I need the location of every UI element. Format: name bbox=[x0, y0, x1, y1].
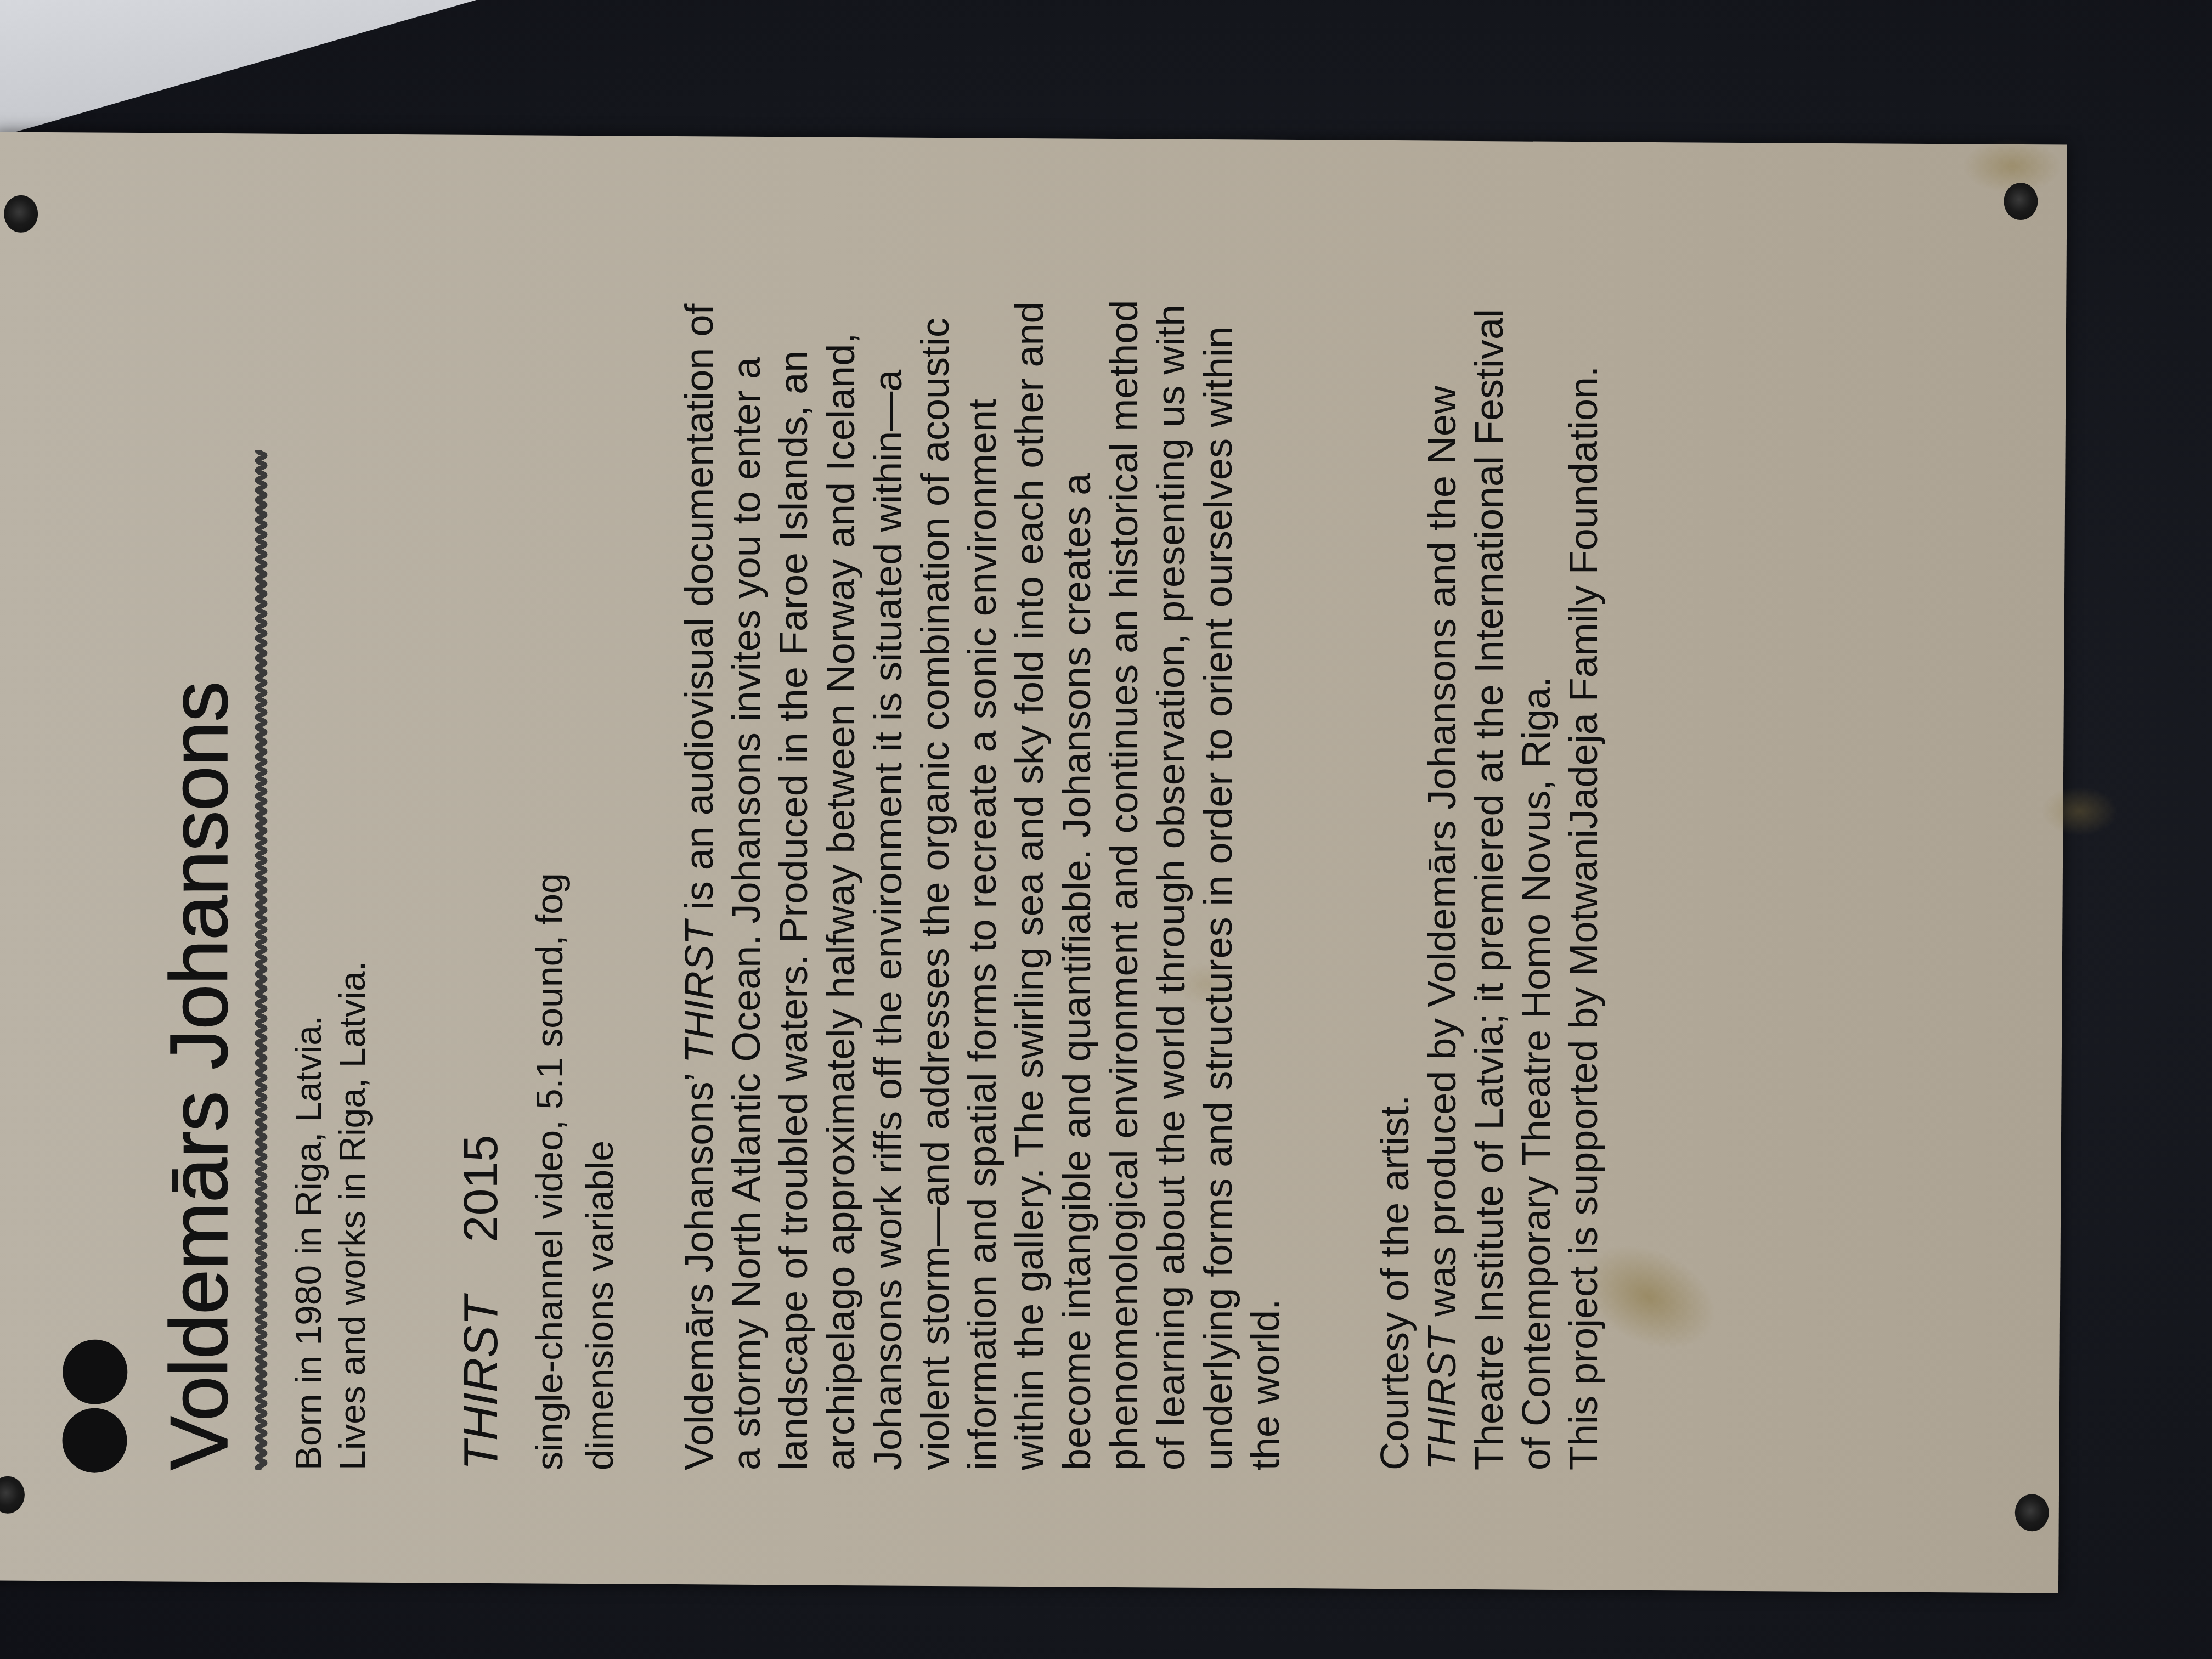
work-details: single-channel video, 5.1 sound, fog dim… bbox=[524, 143, 625, 1470]
description-line: Voldemārs Johansons’ THIRST is an audiov… bbox=[676, 274, 723, 1470]
credits-line: Courtesy of the artist. bbox=[1372, 143, 1419, 1470]
wavy-divider bbox=[250, 450, 272, 1470]
credits-line: This project is supported by MotwaniJade… bbox=[1560, 143, 1607, 1470]
credits-line: Theatre Institute of Latvia; it premiere… bbox=[1466, 143, 1513, 1470]
work-medium: single-channel video, 5.1 sound, fog bbox=[524, 143, 575, 1470]
description-paragraph: Voldemārs Johansons’ THIRST is an audiov… bbox=[676, 274, 1289, 1470]
screw-icon bbox=[4, 195, 38, 233]
artist-bio: Born in 1980 in Riga, Latvia. Lives and … bbox=[286, 143, 374, 1470]
description-line: of learning about the world through obse… bbox=[1148, 274, 1195, 1470]
description-line: violent storm—and addresses the organic … bbox=[912, 274, 959, 1470]
screw-icon bbox=[2015, 1494, 2049, 1531]
work-year: 2015 bbox=[453, 1135, 507, 1243]
credits-line: of Contemporary Theatre Homo Novus, Riga… bbox=[1513, 143, 1560, 1470]
work-title-italic: THIRST bbox=[1420, 1328, 1464, 1470]
description-line: archipelago approximately halfway betwee… bbox=[817, 274, 865, 1470]
description-line: Johansons work riffs off the environment… bbox=[865, 274, 912, 1470]
label-text: Voldemārs Johansons Born in 1980 in Riga… bbox=[159, 143, 2068, 1470]
description-line: a stormy North Atlantic Ocean. Johansons… bbox=[723, 274, 770, 1470]
description-line: within the gallery. The swirling sea and… bbox=[1006, 274, 1053, 1470]
credits-line: THIRST was produced by Voldemārs Johanso… bbox=[1419, 143, 1466, 1470]
description-line: become intangible and quantifiable. Joha… bbox=[1053, 274, 1101, 1470]
description-line: landscape of troubled waters. Produced i… bbox=[770, 274, 817, 1470]
screw-icon bbox=[0, 1476, 25, 1513]
work-title-italic: THIRST bbox=[678, 921, 721, 1063]
artist-name: Voldemārs Johansons bbox=[159, 143, 240, 1470]
description-line: information and spatial forms to recreat… bbox=[959, 274, 1006, 1470]
description-line: underlying forms and structures in order… bbox=[1195, 274, 1242, 1470]
work-title-text: THIRST bbox=[453, 1296, 507, 1470]
work-dimensions: dimensions variable bbox=[575, 143, 625, 1470]
bio-born: Born in 1980 in Riga, Latvia. bbox=[286, 143, 330, 1470]
bio-lives: Lives and works in Riga, Latvia. bbox=[330, 143, 374, 1470]
credits-block: Courtesy of the artist.THIRST was produc… bbox=[1372, 143, 1607, 1470]
description-line: the world. bbox=[1242, 274, 1289, 1470]
black-dot-icon bbox=[62, 1408, 127, 1473]
description-line: phenomenological environment and continu… bbox=[1101, 274, 1148, 1470]
work-title: THIRST 2015 bbox=[456, 143, 505, 1470]
black-dot-icon bbox=[63, 1339, 128, 1404]
